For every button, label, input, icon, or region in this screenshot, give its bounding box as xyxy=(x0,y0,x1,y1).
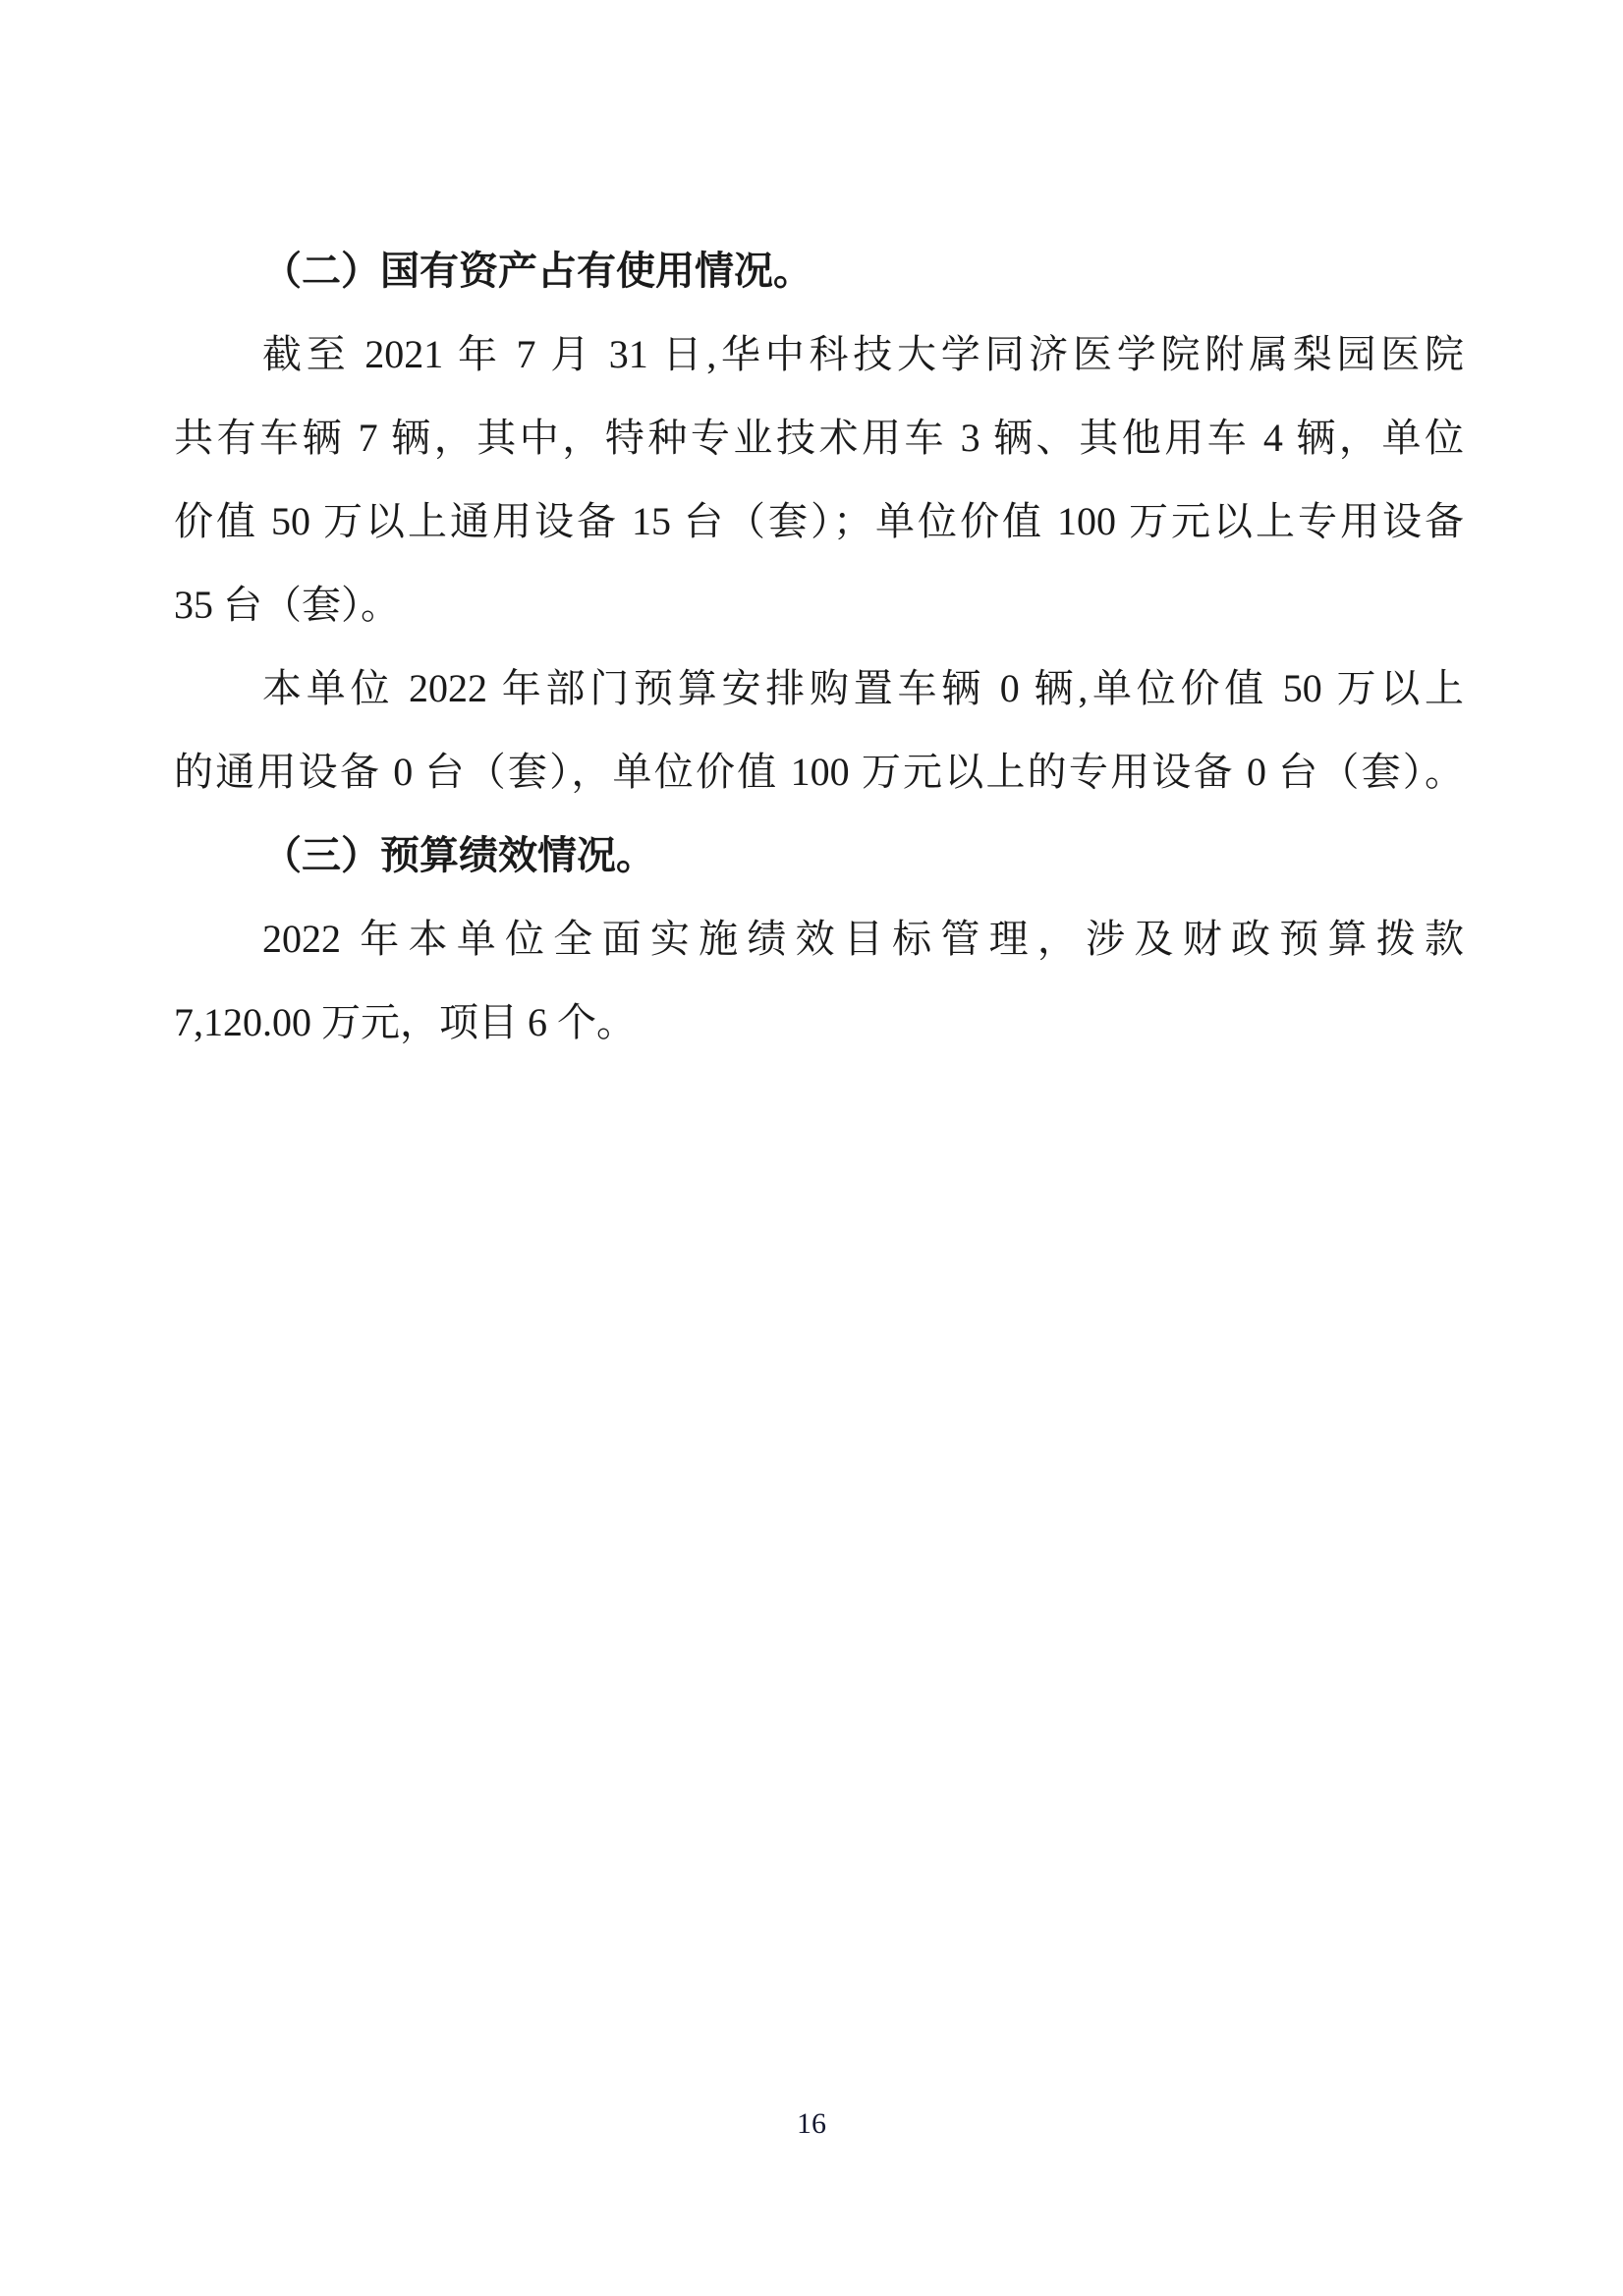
page-number: 16 xyxy=(0,2106,1623,2142)
paragraph-line: 35 台（套）。 xyxy=(174,563,1464,646)
section-heading-budget-performance: （三）预算绩效情况。 xyxy=(174,813,1464,897)
document-page: （二）国有资产占有使用情况。 截至 2021 年 7 月 31 日,华中科技大学… xyxy=(0,0,1623,2296)
paragraph-line: 共有车辆 7 辆，其中，特种专业技术用车 3 辆、其他用车 4 辆，单位 xyxy=(174,396,1464,479)
paragraph-line: 2022 年本单位全面实施绩效目标管理，涉及财政预算拨款 xyxy=(174,897,1464,980)
paragraph-line: 7,120.00 万元，项目 6 个。 xyxy=(174,980,1464,1064)
paragraph-line: 价值 50 万以上通用设备 15 台（套）；单位价值 100 万元以上专用设备 xyxy=(174,479,1464,563)
paragraph-line: 本单位 2022 年部门预算安排购置车辆 0 辆,单位价值 50 万以上 xyxy=(174,646,1464,730)
document-body: （二）国有资产占有使用情况。 截至 2021 年 7 月 31 日,华中科技大学… xyxy=(174,229,1464,1064)
section-heading-state-assets: （二）国有资产占有使用情况。 xyxy=(174,229,1464,312)
paragraph-line: 的通用设备 0 台（套），单位价值 100 万元以上的专用设备 0 台（套）。 xyxy=(174,730,1464,813)
paragraph-line: 截至 2021 年 7 月 31 日,华中科技大学同济医学院附属梨园医院 xyxy=(174,312,1464,396)
